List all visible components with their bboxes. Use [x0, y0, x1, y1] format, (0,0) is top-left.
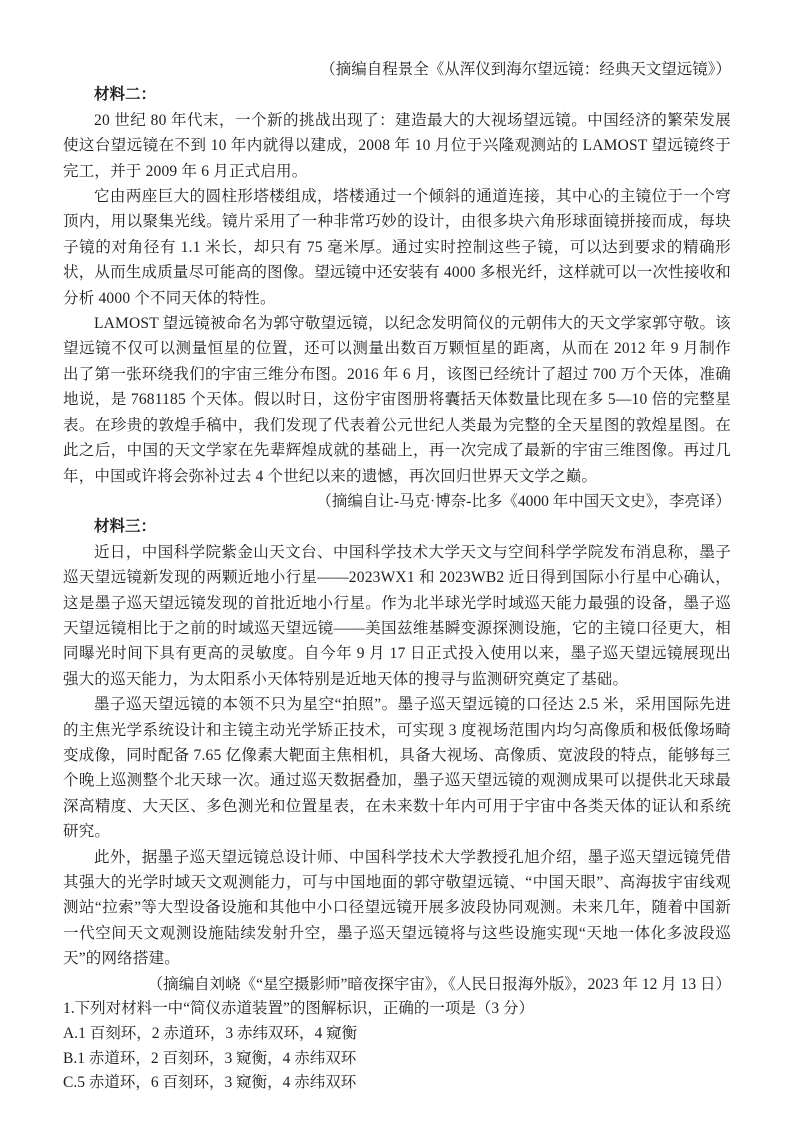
- material3-paragraph-3: 此外，据墨子巡天望远镜总设计师、中国科学技术大学教授孔旭介绍，墨子巡天望远镜凭借…: [63, 845, 731, 972]
- question-option-a: A.1 百刻环，2 赤道环，3 赤纬双环，4 窥衡: [63, 1022, 731, 1047]
- material3-heading: 材料三：: [63, 514, 731, 539]
- material2-heading: 材料二：: [63, 82, 731, 107]
- material2-paragraph-3: LAMOST 望远镜被命名为郭守敬望远镜，以纪念发明简仪的元朝伟大的天文学家郭守…: [63, 311, 731, 489]
- document-page: （摘编自程景全《从浑仪到海尔望远镜：经典天文望远镜》） 材料二： 20 世纪 8…: [0, 0, 794, 1122]
- question-stem: 1.下列对材料一中“简仪赤道装置”的图解标识，正确的一项是（3 分）: [63, 997, 731, 1022]
- question-option-b: B.1 赤道环，2 百刻环，3 窥衡，4 赤纬双环: [63, 1047, 731, 1072]
- material2-paragraph-1: 20 世纪 80 年代末，一个新的挑战出现了：建造最大的大视场望远镜。中国经济的…: [63, 108, 731, 184]
- material3-paragraph-2: 墨子巡天望远镜的本领不只为星空“拍照”。墨子巡天望远镜的口径达 2.5 米，采用…: [63, 692, 731, 844]
- question-option-c: C.5 赤道环，6 百刻环，3 窥衡，4 赤纬双环: [63, 1071, 731, 1096]
- question-1: 1.下列对材料一中“简仪赤道装置”的图解标识，正确的一项是（3 分） A.1 百…: [63, 997, 731, 1096]
- material1-citation: （摘编自程景全《从浑仪到海尔望远镜：经典天文望远镜》）: [63, 57, 731, 82]
- material3-paragraph-1: 近日，中国科学院紫金山天文台、中国科学技术大学天文与空间科学学院发布消息称，墨子…: [63, 540, 731, 692]
- material2-citation: （摘编自让-马克·博奈-比多《4000 年中国天文史》，李亮译）: [63, 489, 731, 514]
- material3-citation: （摘编自刘峣《“星空摄影师”暗夜探宇宙》，《人民日报海外版》，2023 年 12…: [63, 972, 731, 997]
- material2-paragraph-2: 它由两座巨大的圆柱形塔楼组成，塔楼通过一个倾斜的通道连接，其中心的主镜位于一个穹…: [63, 184, 731, 311]
